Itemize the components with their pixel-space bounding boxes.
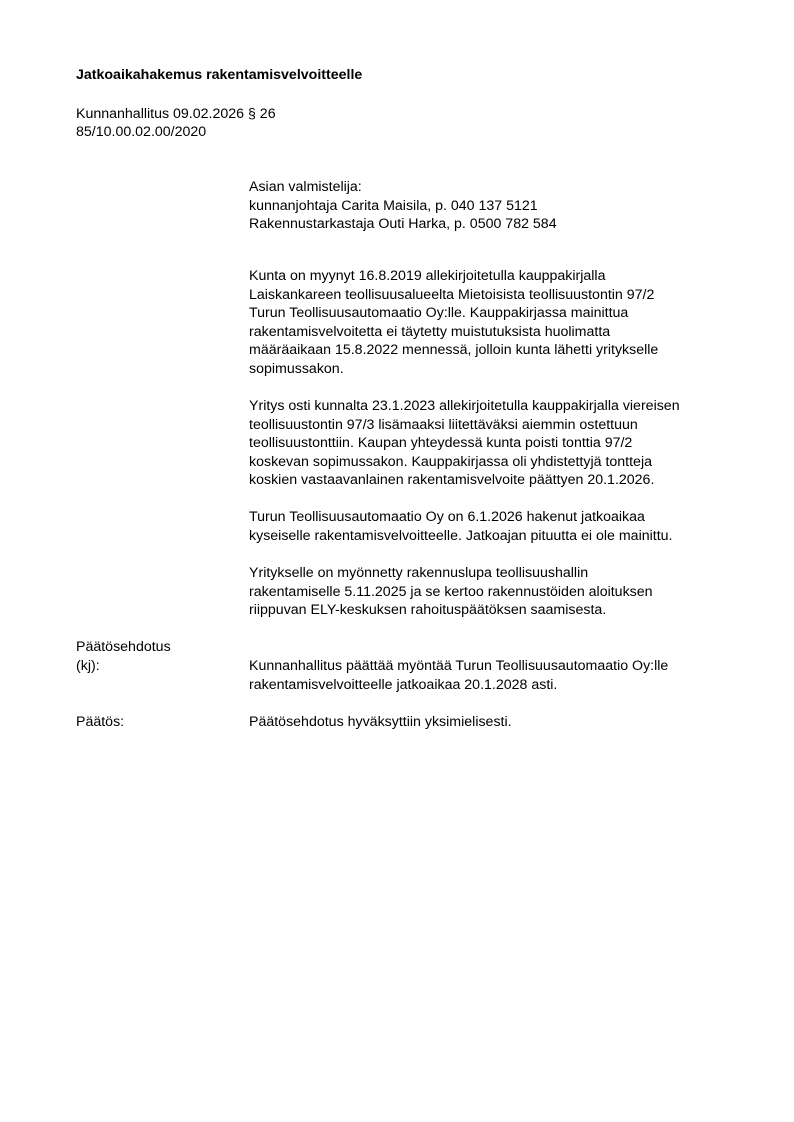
text-line: Yritykselle on myönnetty rakennuslupa te… xyxy=(249,564,749,583)
document-title: Jatkoaikahakemus rakentamisvelvoitteelle xyxy=(76,67,362,83)
decision-text: Päätösehdotus hyväksyttiin yksimielisest… xyxy=(249,713,749,732)
meeting-line: Kunnanhallitus 09.02.2026 § 26 xyxy=(76,105,276,123)
paragraph-1: Kunta on myynyt 16.8.2019 allekirjoitetu… xyxy=(249,267,749,379)
text-line: koskevan sopimussakon. Kauppakirjassa ol… xyxy=(249,453,749,472)
text-line: kyseiselle rakentamisvelvoitteelle. Jatk… xyxy=(249,527,749,546)
paragraph-3: Turun Teollisuusautomaatio Oy on 6.1.202… xyxy=(249,508,749,545)
text-line: teollisuustontin 97/3 lisämaaksi liitett… xyxy=(249,416,749,435)
text-line: rakentamiselle 5.11.2025 ja se kertoo ra… xyxy=(249,583,749,602)
preparer-line: Rakennustarkastaja Outi Harka, p. 0500 7… xyxy=(249,215,749,234)
meeting-info: Kunnanhallitus 09.02.2026 § 26 85/10.00.… xyxy=(76,105,276,141)
preparer-line: kunnanjohtaja Carita Maisila, p. 040 137… xyxy=(249,197,749,216)
text-line: rakentamisvelvoitteelle jatkoaikaa 20.1.… xyxy=(249,676,749,695)
text-line: koskien vastaavanlainen rakentamisvelvoi… xyxy=(249,471,749,490)
text-line: Kunnanhallitus päättää myöntää Turun Teo… xyxy=(249,657,749,676)
text-line: Yritys osti kunnalta 23.1.2023 allekirjo… xyxy=(249,397,749,416)
text-line: riippuvan ELY-keskuksen rahoituspäätökse… xyxy=(249,601,749,620)
record-number: 85/10.00.02.00/2020 xyxy=(76,123,276,141)
proposal-label: Päätösehdotus xyxy=(76,638,171,657)
preparers-block: Asian valmistelija: kunnanjohtaja Carita… xyxy=(249,178,749,234)
text-line: teollisuustonttiin. Kaupan yhteydessä ku… xyxy=(249,434,749,453)
text-line: Turun Teollisuusautomaatio Oy on 6.1.202… xyxy=(249,508,749,527)
text-line: määräaikaan 15.8.2022 mennessä, jolloin … xyxy=(249,341,749,360)
text-line: Kunta on myynyt 16.8.2019 allekirjoitetu… xyxy=(249,267,749,286)
text-line: rakentamisvelvoitetta ei täytetty muistu… xyxy=(249,323,749,342)
proposal-text: Kunnanhallitus päättää myöntää Turun Teo… xyxy=(249,657,749,694)
decision-label: Päätös: xyxy=(76,713,124,732)
text-line: sopimussakon. xyxy=(249,360,749,379)
proposal-label-kj: (kj): xyxy=(76,657,100,676)
paragraph-2: Yritys osti kunnalta 23.1.2023 allekirjo… xyxy=(249,397,749,490)
text-line: Turun Teollisuusautomaatio Oy:lle. Kaupp… xyxy=(249,304,749,323)
preparers-heading: Asian valmistelija: xyxy=(249,178,749,197)
paragraph-4: Yritykselle on myönnetty rakennuslupa te… xyxy=(249,564,749,620)
text-line: Laiskankareen teollisuusalueelta Mietois… xyxy=(249,286,749,305)
text-line: Päätösehdotus hyväksyttiin yksimielisest… xyxy=(249,713,749,732)
